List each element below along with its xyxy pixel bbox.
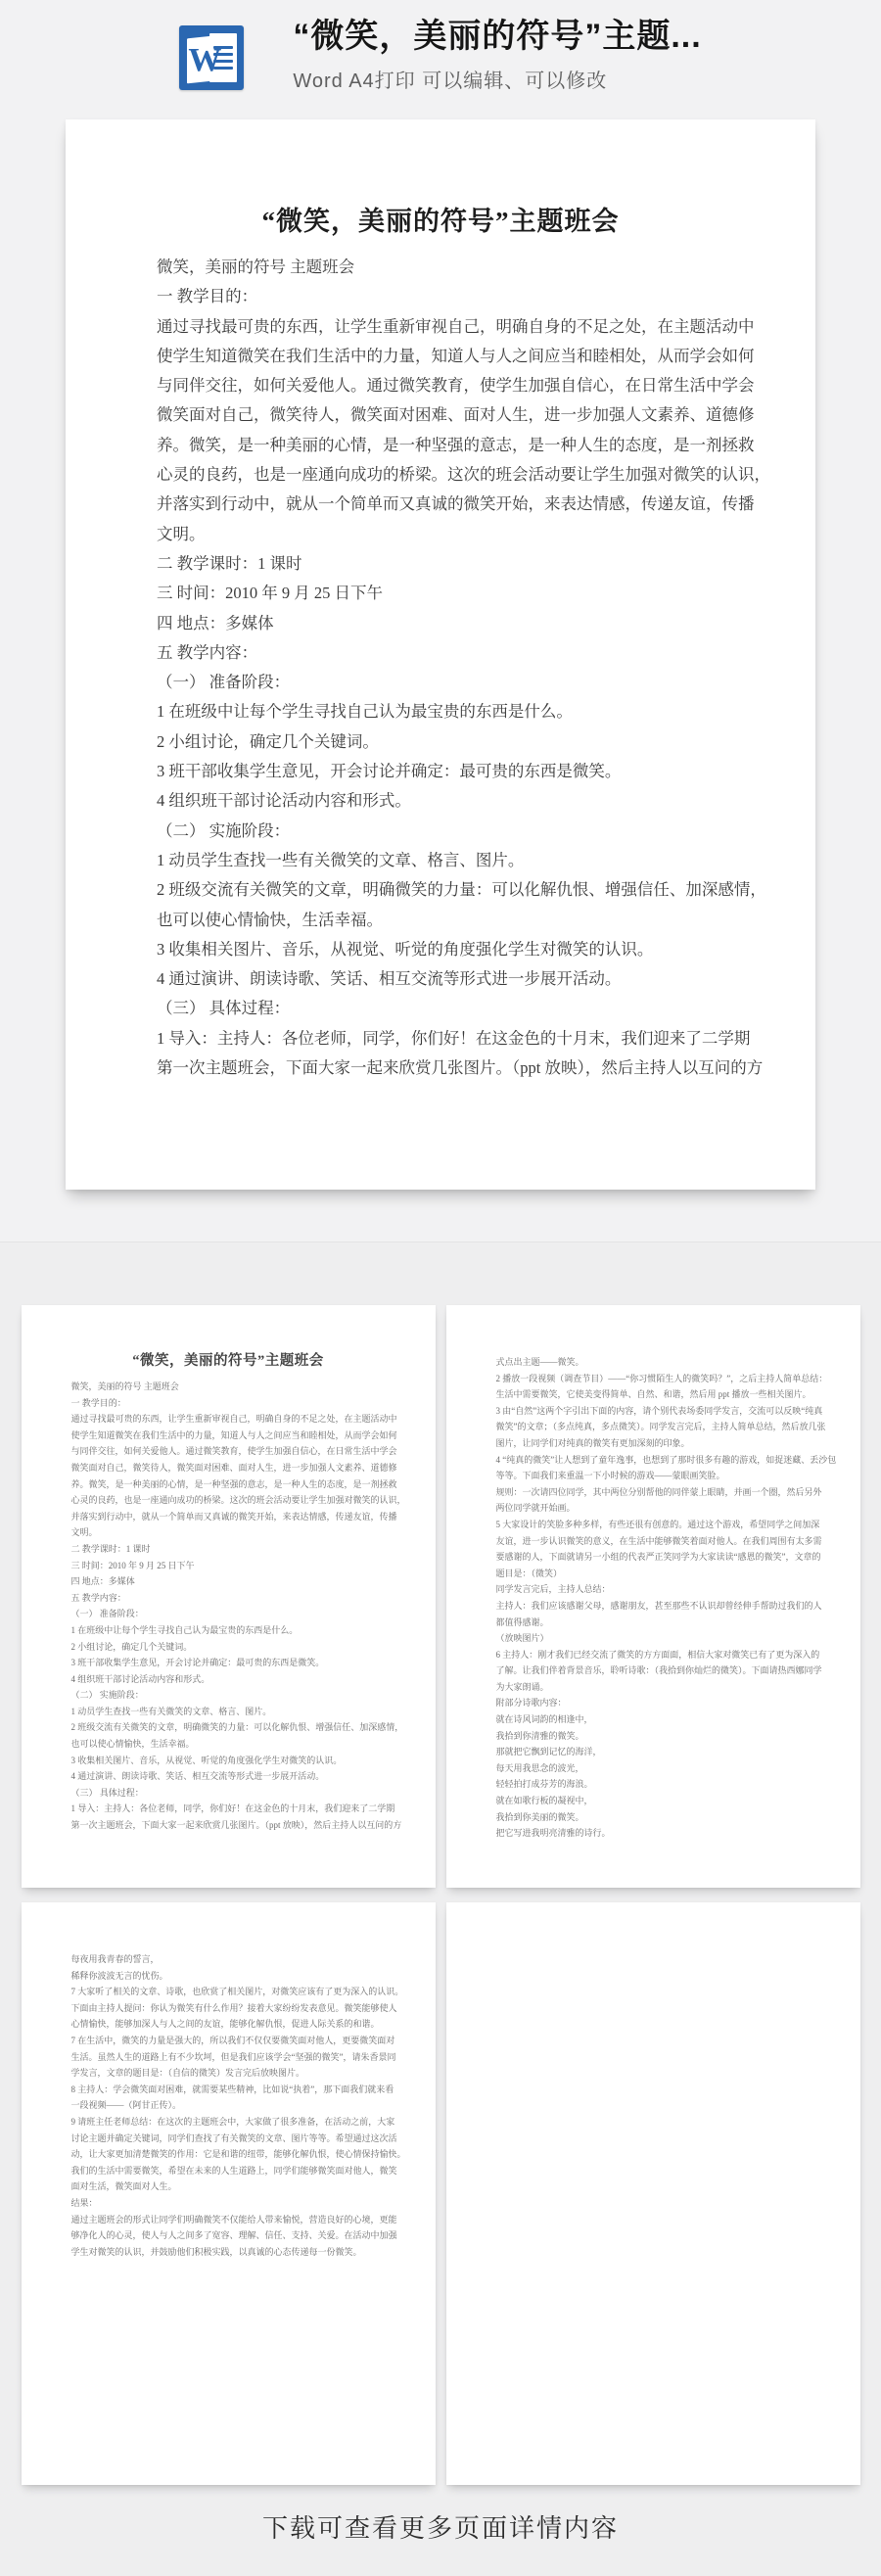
doc-line: 使学生知道微笑在我们生活中的力量，知道人与人之间应当和睦相处，从而学会如何	[71, 1428, 386, 1444]
doc-line: 题目是：（微笑）	[496, 1566, 811, 1582]
doc-line: 二 教学课时：1 课时	[157, 549, 724, 579]
page-thumbnail-4[interactable]	[446, 1902, 860, 2485]
doc-line: 两位同学就开始画。	[496, 1500, 811, 1517]
main-page-preview: “微笑，美丽的符号”主题班会 微笑，美丽的符号 主题班会一 教学目的：通过寻找最…	[66, 119, 815, 1190]
doc-line: 也可以使心情愉快，生活幸福。	[71, 1736, 386, 1753]
doc-line: 学生对微笑的认识，并鼓励他们积极实践，以真诚的心态传递每一份微笑。	[71, 2244, 386, 2261]
doc-line: 四 地点：多媒体	[71, 1573, 386, 1590]
page-thumbnail-3[interactable]: 每夜用我青春的誓言，稀释你波波无言的忧伤。7 大家听了相关的文章、诗歌，也欣赏了…	[22, 1902, 436, 2485]
thumb-page-body: 每夜用我青春的誓言，稀释你波波无言的忧伤。7 大家听了相关的文章、诗歌，也欣赏了…	[71, 1951, 386, 2260]
doc-line: 3 班干部收集学生意见，开会讨论并确定：最可贵的东西是微笑。	[157, 757, 724, 786]
doc-line: 稀释你波波无言的忧伤。	[71, 1968, 386, 1985]
doc-line: 使学生知道微笑在我们生活中的力量，知道人与人之间应当和睦相处，从而学会如何	[157, 342, 724, 371]
doc-line: 我拾到你清雅的微笑。	[496, 1728, 811, 1745]
doc-line: 心灵的良药，也是一座通向成功的桥梁。这次的班会活动要让学生加强对微笑的认识，	[71, 1492, 386, 1509]
page-thumbnail-2[interactable]: 式点出主题——微笑。2 播放一段视频（调查节目）——“你习惯陌生人的微笑吗？”，…	[446, 1305, 860, 1888]
doc-line: 二 教学课时：1 课时	[71, 1541, 386, 1558]
page-thumbnail-grid: “微笑，美丽的符号”主题班会 微笑，美丽的符号 主题班会一 教学目的：通过寻找最…	[22, 1305, 860, 2485]
doc-line: 1 动员学生查找一些有关微笑的文章、格言、图片。	[157, 846, 724, 875]
doc-line: 文明。	[71, 1524, 386, 1541]
doc-line: 要感谢的人，下面就请另一小组的代表严正笑同学为大家读读“感恩的微笑”，文章的	[496, 1549, 811, 1566]
doc-line: 够净化人的心灵，使人与人之间多了宽容、理解、信任、支持、关爱。在活动中加强	[71, 2227, 386, 2244]
doc-page-body: 微笑，美丽的符号 主题班会一 教学目的：通过寻找最可贵的东西，让学生重新审视自己…	[157, 253, 724, 1083]
doc-line: 三 时间：2010 年 9 月 25 日下午	[157, 579, 724, 608]
doc-line: 附部分诗歌内容：	[496, 1695, 811, 1711]
doc-line: （三） 具体过程：	[157, 994, 724, 1023]
doc-line: 7 大家听了相关的文章、诗歌，也欣赏了相关图片，对微笑应该有了更为深入的认识。	[71, 1984, 386, 2000]
doc-line: 四 地点：多媒体	[157, 609, 724, 638]
doc-line: 微笑”的文章；（多点纯真，多点微笑）。同学发言完后，主持人简单总结，然后放几张	[496, 1419, 811, 1435]
doc-line: 也可以使心情愉快，生活幸福。	[157, 906, 724, 935]
doc-line: 等等。下面我们来重温一下小时候的游戏——蒙眼画笑脸。	[496, 1468, 811, 1484]
doc-line: 那就把它飘到记忆的海洋，	[496, 1744, 811, 1760]
doc-line: 微笑，美丽的符号 主题班会	[157, 253, 724, 282]
thumb-page-body: 微笑，美丽的符号 主题班会一 教学目的：通过寻找最可贵的东西，让学生重新审视自己…	[71, 1379, 386, 1834]
doc-line: 五 教学内容：	[157, 638, 724, 668]
doc-line: 每天用我思念的波光，	[496, 1760, 811, 1777]
document-title: “微笑，美丽的符号”主题...	[293, 16, 701, 57]
doc-line: 都值得感谢。	[496, 1615, 811, 1631]
doc-line: 友谊，进一步认识微笑的意义，在生活中能够微笑着面对他人。在我们周围有太多需	[496, 1533, 811, 1550]
doc-line: 心情愉快，能够加深人与人之间的友谊，能够化解仇恨，促进人际关系的和谐。	[71, 2016, 386, 2033]
doc-line: 一 教学目的：	[71, 1395, 386, 1412]
doc-line: （一） 准备阶段：	[71, 1606, 386, 1622]
more-pages-section: “微笑，美丽的符号”主题班会 微笑，美丽的符号 主题班会一 教学目的：通过寻找最…	[0, 1241, 881, 2576]
doc-line: 心灵的良药，也是一座通向成功的桥梁。这次的班会活动要让学生加强对微笑的认识，	[157, 460, 724, 490]
doc-line: 式点出主题——微笑。	[496, 1354, 811, 1371]
doc-line: 养。微笑，是一种美丽的心情，是一种坚强的意志，是一种人生的态度，是一剂拯救	[71, 1476, 386, 1493]
doc-line: 1 在班级中让每个学生寻找自己认为最宝贵的东西是什么。	[157, 697, 724, 726]
doc-line: 每夜用我青春的誓言，	[71, 1951, 386, 1968]
doc-line: 通过寻找最可贵的东西，让学生重新审视自己，明确自身的不足之处，在主题活动中	[157, 312, 724, 342]
doc-line: 3 收集相关图片、音乐，从视觉、听觉的角度强化学生对微笑的认识。	[157, 935, 724, 964]
word-icon-letter: W	[188, 39, 213, 82]
doc-line: 主持人：我们应该感谢父母，感谢朋友，甚至那些不认识却曾经伸手帮助过我们的人	[496, 1598, 811, 1615]
download-hint-caption: 下载可查看更多页面详情内容	[0, 2508, 881, 2545]
doc-line: 8 主持人：学会微笑面对困难，就需要某些精神，比如说“执着”，那下面我们就来看	[71, 2082, 386, 2098]
doc-line: 把它写进我明亮清雅的诗行。	[496, 1825, 811, 1842]
doc-line: 1 导入：主持人：各位老师，同学，你们好！在这金色的十月末，我们迎来了二学期	[71, 1801, 386, 1817]
doc-line: 养。微笑，是一种美丽的心情，是一种坚强的意志，是一种人生的态度，是一剂拯救	[157, 431, 724, 460]
page-thumbnail-1[interactable]: “微笑，美丽的符号”主题班会 微笑，美丽的符号 主题班会一 教学目的：通过寻找最…	[22, 1305, 436, 1888]
doc-line: （三） 具体过程：	[71, 1785, 386, 1802]
doc-line: 1 在班级中让每个学生寻找自己认为最宝贵的东西是什么。	[71, 1622, 386, 1639]
doc-line: 4 组织班干部讨论活动内容和形式。	[71, 1671, 386, 1688]
doc-line: 9 请班主任老师总结：在这次的主题班会中，大家做了很多准备，在活动之前，大家	[71, 2114, 386, 2131]
doc-line: 结果：	[71, 2195, 386, 2212]
document-subtitle: Word A4打印 可以编辑、可以修改	[293, 65, 607, 93]
doc-line: 2 播放一段视频（调查节目）——“你习惯陌生人的微笑吗？”，之后主持人简单总结：	[496, 1371, 811, 1387]
doc-line: 1 导入：主持人：各位老师，同学，你们好！在这金色的十月末，我们迎来了二学期	[157, 1024, 724, 1054]
doc-line: 7 在生活中，微笑的力量是强大的，所以我们不仅仅要微笑面对他人，更要微笑面对	[71, 2033, 386, 2049]
doc-line: 一段视频——（阿甘正传）。	[71, 2097, 386, 2114]
doc-line: 3 收集相关图片、音乐，从视觉、听觉的角度强化学生对微笑的认识。	[71, 1753, 386, 1769]
doc-line: 1 动员学生查找一些有关微笑的文章、格言、图片。	[71, 1704, 386, 1720]
doc-line: 第一次主题班会，下面大家一起来欣赏几张图片。（ppt 放映），然后主持人以互问的…	[71, 1817, 386, 1834]
document-preview-section: W “微笑，美丽的符号”主题... Word A4打印 可以编辑、可以修改 “微…	[0, 0, 881, 1241]
doc-line: 生活。虽然人生的道路上有不少坎坷，但是我们应该学会“坚强的微笑”，请朱香景同	[71, 2049, 386, 2066]
doc-line: 4 通过演讲、朗读诗歌、笑话、相互交流等形式进一步展开活动。	[71, 1768, 386, 1785]
doc-line: 第一次主题班会，下面大家一起来欣赏几张图片。（ppt 放映），然后主持人以互问的…	[157, 1054, 724, 1083]
doc-line: 轻轻拍打成芬芳的海浪。	[496, 1776, 811, 1793]
doc-line: 2 小组讨论，确定几个关键词。	[71, 1639, 386, 1656]
doc-line: 一 教学目的：	[157, 282, 724, 311]
doc-line: 三 时间：2010 年 9 月 25 日下午	[71, 1558, 386, 1574]
doc-line: 4 组织班干部讨论活动内容和形式。	[157, 786, 724, 816]
thumb-page-body: 式点出主题——微笑。2 播放一段视频（调查节目）——“你习惯陌生人的微笑吗？”，…	[496, 1354, 811, 1842]
doc-line: 微笑，美丽的符号 主题班会	[71, 1379, 386, 1395]
doc-line: （二） 实施阶段：	[157, 817, 724, 846]
doc-line: 与同伴交往，如何关爱他人。通过微笑教育，使学生加强自信心，在日常生活中学会	[157, 371, 724, 400]
doc-line: （二） 实施阶段：	[71, 1687, 386, 1704]
doc-line: 为大家朗诵。	[496, 1679, 811, 1696]
doc-line: 五 教学内容：	[71, 1590, 386, 1607]
doc-line: 3 由“自然”这两个字引出下面的内容，请个别代表场委同学发言，交流可以反映“纯真	[496, 1403, 811, 1420]
doc-page-title: “微笑，美丽的符号”主题班会	[157, 202, 724, 241]
doc-line: 与同伴交往，如何关爱他人。通过微笑教育，使学生加强自信心，在日常生活中学会	[71, 1443, 386, 1460]
doc-line: 2 班级交流有关微笑的文章，明确微笑的力量：可以化解仇恨、增强信任、加深感情，	[157, 875, 724, 905]
doc-line: （放映图片）	[496, 1630, 811, 1647]
doc-line: 微笑面对自己，微笑待人，微笑面对困难、面对人生，进一步加强人文素养、道德修	[157, 400, 724, 430]
doc-line: 讨论主题并确定关键词，同学们查找了有关微笑的文章、图片等等。希望通过这次活	[71, 2131, 386, 2147]
doc-line: 文明。	[157, 520, 724, 549]
word-file-icon: W	[179, 25, 244, 90]
doc-line: 规则：一次请四位同学，其中两位分别帮他的同伴蒙上眼睛，并画一个圈，然后另外	[496, 1484, 811, 1501]
doc-line: 生活中需要微笑，它使美变得简单、自然、和谐，然后用 ppt 播放一些相关图片。	[496, 1386, 811, 1403]
doc-line: 同学发言完后，主持人总结：	[496, 1581, 811, 1598]
thumb-page-title: “微笑，美丽的符号”主题班会	[71, 1350, 386, 1372]
page-header: W “微笑，美丽的符号”主题... Word A4打印 可以编辑、可以修改	[0, 0, 881, 93]
doc-line: 就在诗风词韵的相逢中，	[496, 1711, 811, 1728]
doc-line: 微笑面对自己，微笑待人，微笑面对困难、面对人生，进一步加强人文素养、道德修	[71, 1460, 386, 1476]
doc-line: 2 班级交流有关微笑的文章，明确微笑的力量：可以化解仇恨、增强信任、加深感情，	[71, 1719, 386, 1736]
doc-line: （一） 准备阶段：	[157, 668, 724, 697]
doc-line: 并落实到行动中，就从一个简单而又真诚的微笑开始，来表达情感，传递友谊，传播	[157, 490, 724, 519]
doc-line: 2 小组讨论，确定几个关键词。	[157, 727, 724, 757]
header-text-block: “微笑，美丽的符号”主题... Word A4打印 可以编辑、可以修改	[293, 16, 701, 93]
doc-line: 并落实到行动中，就从一个简单而又真诚的微笑开始，来表达情感，传递友谊，传播	[71, 1509, 386, 1525]
doc-line: 就在如歌行板的凝视中，	[496, 1793, 811, 1809]
doc-line: 下面由主持人提问：你认为微笑有什么作用？接着大家纷纷发表意见。微笑能够使人	[71, 2000, 386, 2017]
doc-line: 4 通过演讲、朗读诗歌、笑话、相互交流等形式进一步展开活动。	[157, 964, 724, 994]
doc-line: 图片，让同学们对纯真的微笑有更加深刻的印象。	[496, 1435, 811, 1452]
doc-line: 通过寻找最可贵的东西，让学生重新审视自己，明确自身的不足之处，在主题活动中	[71, 1411, 386, 1428]
doc-line: 6 主持人：刚才我们已经交流了微笑的方方面面，相信大家对微笑已有了更为深入的	[496, 1647, 811, 1663]
doc-line: 通过主题班会的形式让同学们明确微笑不仅能给人带来愉悦，营造良好的心境，更能	[71, 2212, 386, 2228]
doc-line: 4 “纯真的微笑”让人想到了童年逸事，也想到了那时很多有趣的游戏，如捉迷藏、丢沙…	[496, 1452, 811, 1469]
doc-line: 了解。让我们伴着背景音乐，聆听诗歌：（我拾到你灿烂的微笑）。下面请热西娜同学	[496, 1663, 811, 1679]
doc-line: 我拾到你美丽的微笑。	[496, 1809, 811, 1826]
doc-line: 面对生活，微笑面对人生。	[71, 2178, 386, 2195]
doc-line: 我们的生活中需要微笑，希望在未来的人生道路上，同学们能够微笑面对他人，微笑	[71, 2163, 386, 2179]
doc-line: 5 大家设计的笑脸多种多样，有些还很有创意的。通过这个游戏，希望同学之间加深	[496, 1517, 811, 1533]
doc-line: 学发言，文章的题目是：（自信的微笑）发言完后放映图片。	[71, 2065, 386, 2082]
doc-line: 动，让大家更加清楚微笑的作用：它是和谐的纽带，能够化解仇恨，使心情保持愉快。	[71, 2146, 386, 2163]
doc-line: 3 班干部收集学生意见，开会讨论并确定：最可贵的东西是微笑。	[71, 1655, 386, 1671]
